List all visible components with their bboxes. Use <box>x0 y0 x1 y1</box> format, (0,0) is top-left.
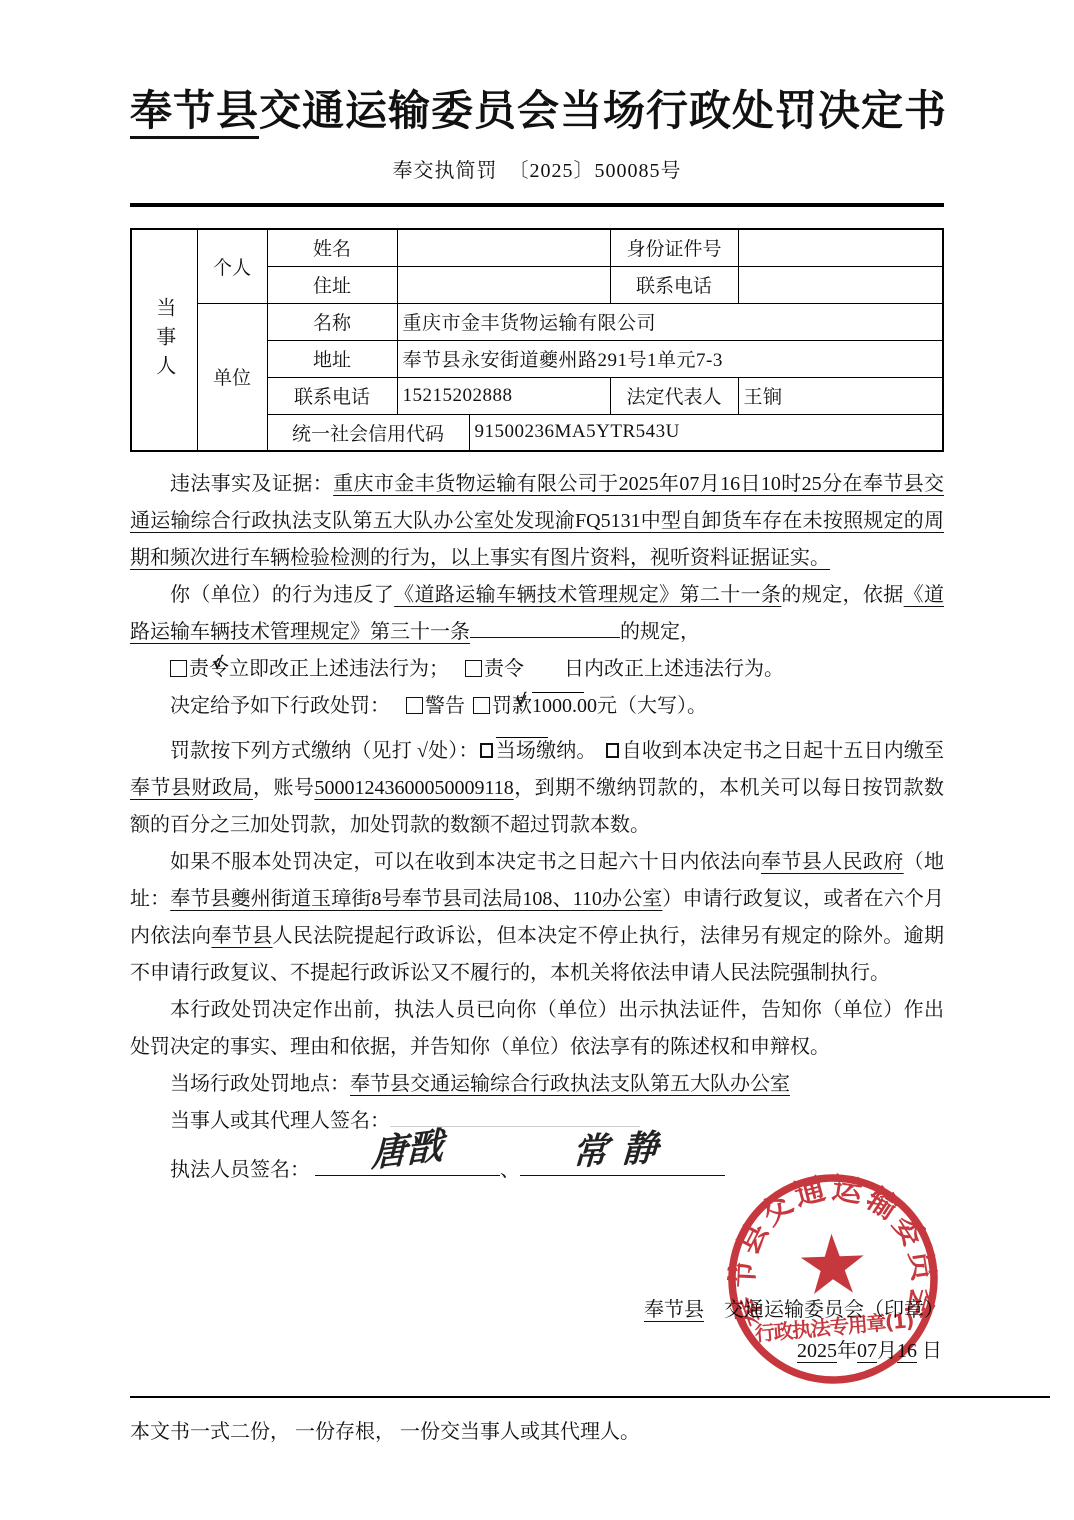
basis-blank <box>470 618 620 638</box>
officer-signature-2-field: 常静 <box>520 1146 725 1176</box>
payment-option2-prefix: 自收到本决定书之日起十五日内缴至 <box>622 740 944 762</box>
seal-star-icon: ★ <box>794 1217 871 1315</box>
phone-value <box>738 266 943 303</box>
unit-phone-value: 15215202888 <box>397 377 610 414</box>
order-days-suffix: 日内改正上述违法行为。 <box>564 658 784 680</box>
violation-law: 《道路运输车辆技术管理规定》第二十一条 <box>394 584 781 606</box>
violation-mid: 的规定，依据 <box>781 584 903 606</box>
party-sign-blank <box>390 1107 640 1127</box>
appeal-paragraph: 如果不服本处罚决定，可以在收到本决定书之日起六十日内依法向奉节县人民政府（地址：… <box>130 844 944 992</box>
basis-suffix: 的规定， <box>620 621 700 643</box>
address-label: 住址 <box>267 266 397 303</box>
decision-prefix: 决定给予如下行政处罚： <box>170 695 390 717</box>
payment-option1: 当场缴纳。 <box>496 740 597 762</box>
payment-mid: ，账号 <box>253 777 314 799</box>
document-title: 奉节县交通运输委员会当场行政处罚决定书 <box>130 78 944 138</box>
address-value <box>397 266 610 303</box>
official-seal: 奉节县交通运输委员会 ★ 行政执法专用章(1) <box>718 1164 948 1394</box>
id-label: 身份证件号 <box>610 229 738 266</box>
unit-phone-label: 联系电话 <box>267 377 397 414</box>
id-value <box>738 229 943 266</box>
warning-label: 警告 <box>425 695 465 717</box>
checkbox-order-immediate: √ <box>170 660 187 677</box>
checkbox-warning <box>406 697 423 714</box>
payment-bank: 奉节县财政局 <box>130 777 253 799</box>
location-value: 奉节县交通运输综合行政执法支队第五大队办公室 <box>350 1073 790 1095</box>
title-county-underlined: 奉节县 <box>130 86 259 139</box>
facts-paragraph: 违法事实及证据：重庆市金丰货物运输有限公司于2025年07月16日10时25分在… <box>130 466 944 577</box>
order-line: √责令立即改正上述违法行为；责令日内改正上述违法行为。 <box>130 651 944 688</box>
party-info-table: 当事人 个人 姓名 身份证件号 住址 联系电话 单位 名称 重庆市金丰货物运输有… <box>130 228 944 452</box>
phone-label: 联系电话 <box>610 266 738 303</box>
legal-rep-label: 法定代表人 <box>610 377 738 414</box>
appeal-p3: ）申请行政复 <box>662 888 783 910</box>
party-header-cell: 当事人 <box>131 229 197 451</box>
table-row: 当事人 个人 姓名 身份证件号 <box>131 229 943 266</box>
header-divider <box>130 203 944 207</box>
name-label: 姓名 <box>267 229 397 266</box>
payment-paragraph: 罚款按下列方式缴纳（见打 √处）：当场缴纳。自收到本决定书之日起十五日内缴至奉节… <box>130 733 944 844</box>
signature-separator: 、 <box>500 1159 520 1181</box>
person-group-label: 个人 <box>197 229 267 303</box>
officer-signature-2: 常静 <box>572 1129 674 1171</box>
officer-sign-label: 执法人员签名： <box>170 1159 310 1181</box>
notice-paragraph: 本行政处罚决定作出前，执法人员已向你（单位）出示执法证件，告知你（单位）作出处罚… <box>130 992 944 1066</box>
credit-code-value: 91500236MA5YTR543U <box>469 414 943 451</box>
checkmark-icon: √ <box>172 657 223 672</box>
table-row: 单位 名称 重庆市金丰货物运输有限公司 <box>131 303 943 340</box>
fine-suffix: 元（大写）。 <box>597 695 707 717</box>
party-sign-line: 当事人或其代理人签名： <box>130 1103 944 1140</box>
checkbox-pay-bank <box>606 743 619 758</box>
checkmark-icon: √ <box>475 694 526 709</box>
appeal-county: 奉节县 <box>211 925 272 947</box>
officer-signature-1-field: 唐戬 <box>315 1146 500 1176</box>
unit-name-value: 重庆市金丰货物运输有限公司 <box>397 303 943 340</box>
name-value <box>397 229 610 266</box>
decision-line: 决定给予如下行政处罚：警告√罚款1000.00元（大写）。 <box>130 688 944 725</box>
penalty-decision-document: 奉节县交通运输委员会当场行政处罚决定书 奉交执简罚 〔2025〕500085号 … <box>0 0 1074 1520</box>
footer-divider <box>130 1396 1050 1398</box>
seal-bottom-text: 行政执法专用章(1) <box>754 1308 915 1346</box>
footer-note: 本文书一式二份， 一份存根， 一份交当事人或其代理人。 <box>130 1414 944 1451</box>
checkbox-pay-onsite <box>480 743 493 758</box>
party-header-label: 当事人 <box>150 297 179 384</box>
appeal-gov: 奉节县人民政府 <box>761 851 904 873</box>
unit-name-label: 名称 <box>267 303 397 340</box>
violation-paragraph: 你（单位）的行为违反了《道路运输车辆技术管理规定》第二十一条的规定，依据《道路运… <box>130 577 944 651</box>
title-rest: 交通运输委员会当场行政处罚决定书 <box>259 86 947 135</box>
checkbox-fine: √ <box>473 697 490 714</box>
issuer-county: 奉节县 <box>644 1299 704 1321</box>
appeal-p1: 如果不服本处罚决定，可以在收到本决定书之日起六十日内依法向 <box>170 851 761 873</box>
unit-address-value: 奉节县永安街道夔州路291号1单元7-3 <box>397 340 943 377</box>
legal-rep-value: 王锏 <box>738 377 943 414</box>
order-immediate-label: 责令立即改正上述违法行为； <box>189 658 449 680</box>
officer-signature-1: 唐戬 <box>371 1127 443 1173</box>
credit-code-label: 统一社会信用代码 <box>267 414 469 451</box>
facts-label: 违法事实及证据： <box>170 473 333 495</box>
unit-address-label: 地址 <box>267 340 397 377</box>
party-sign-label: 当事人或其代理人签名： <box>170 1110 390 1132</box>
violation-prefix: 你（单位）的行为违反了 <box>170 584 394 606</box>
location-label: 当场行政处罚地点： <box>170 1073 350 1095</box>
fine-amount: 1000.00 <box>532 695 597 717</box>
payment-intro: 罚款按下列方式缴纳（见打 √处）： <box>170 740 479 762</box>
location-line: 当场行政处罚地点：奉节县交通运输综合行政执法支队第五大队办公室 <box>130 1066 944 1103</box>
appeal-address: 奉节县夔州街道玉璋街8号奉节县司法局108、110办公室 <box>170 888 662 910</box>
checkbox-order-days <box>465 660 482 677</box>
unit-group-label: 单位 <box>197 303 267 451</box>
order-days-prefix: 责令 <box>484 658 524 680</box>
document-number: 奉交执简罚 〔2025〕500085号 <box>130 154 944 183</box>
payment-account: 50001243600050009118 <box>314 777 513 799</box>
